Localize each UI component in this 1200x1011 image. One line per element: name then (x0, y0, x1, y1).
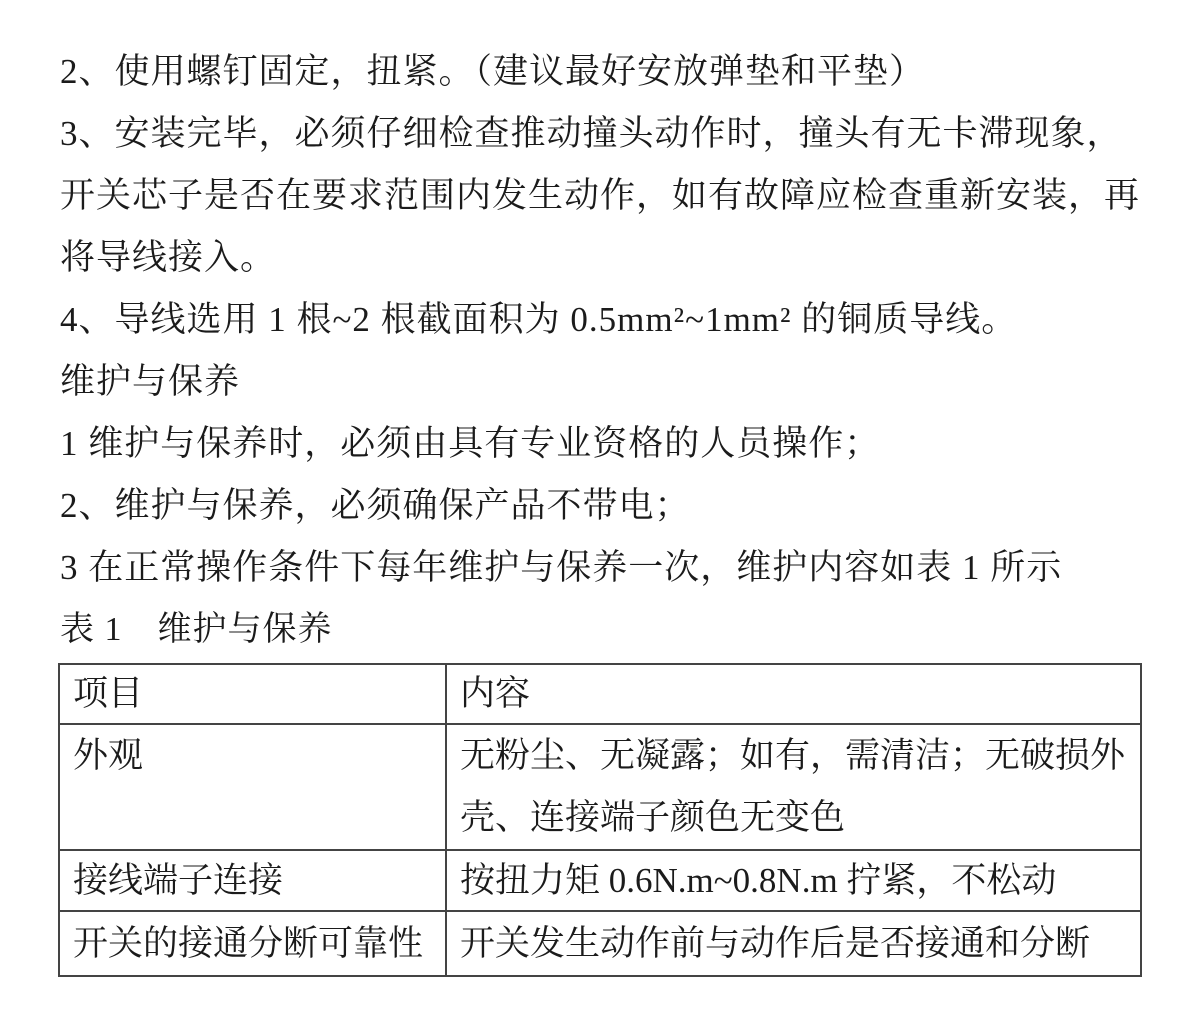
table-cell-content: 开关发生动作前与动作后是否接通和分断 (446, 911, 1141, 976)
table-row: 接线端子连接 按扭力矩 0.6N.m~0.8N.m 拧紧，不松动 (59, 850, 1141, 911)
paragraph-line: 1 维护与保养时，必须由具有专业资格的人员操作； (60, 413, 1145, 475)
table-caption: 表 1 维护与保养 (60, 599, 1145, 661)
table-header-item: 项目 (59, 664, 446, 724)
table-row: 外观 无粉尘、无凝露；如有，需清洁；无破损外壳、连接端子颜色无变色 (59, 724, 1141, 850)
paragraph-line: 开关芯子是否在要求范围内发生动作，如有故障应检查重新安装，再 (60, 165, 1145, 227)
paragraph-line: 4、导线选用 1 根~2 根截面积为 0.5mm²~1mm² 的铜质导线。 (60, 289, 1145, 351)
table-cell-item: 接线端子连接 (59, 850, 446, 911)
table-header-content: 内容 (446, 664, 1141, 724)
table-cell-item: 外观 (59, 724, 446, 850)
paragraph-line: 3 在正常操作条件下每年维护与保养一次，维护内容如表 1 所示 (60, 537, 1145, 599)
table-row: 开关的接通分断可靠性 开关发生动作前与动作后是否接通和分断 (59, 911, 1141, 976)
table-cell-content: 按扭力矩 0.6N.m~0.8N.m 拧紧，不松动 (446, 850, 1141, 911)
table-header-row: 项目 内容 (59, 664, 1141, 724)
document-page: 2、使用螺钉固定，扭紧。（建议最好安放弹垫和平垫） 3、安装完毕，必须仔细检查推… (0, 0, 1200, 977)
table-cell-content: 无粉尘、无凝露；如有，需清洁；无破损外壳、连接端子颜色无变色 (446, 724, 1141, 850)
maintenance-table: 项目 内容 外观 无粉尘、无凝露；如有，需清洁；无破损外壳、连接端子颜色无变色 … (58, 663, 1142, 977)
paragraph-line: 2、维护与保养，必须确保产品不带电； (60, 475, 1145, 537)
paragraph-line: 2、使用螺钉固定，扭紧。（建议最好安放弹垫和平垫） (60, 41, 1145, 103)
section-heading-maintenance: 维护与保养 (60, 351, 1145, 413)
table-cell-item: 开关的接通分断可靠性 (59, 911, 446, 976)
paragraph-line: 3、安装完毕，必须仔细检查推动撞头动作时，撞头有无卡滞现象， (60, 103, 1145, 165)
paragraph-line: 将导线接入。 (60, 227, 1145, 289)
